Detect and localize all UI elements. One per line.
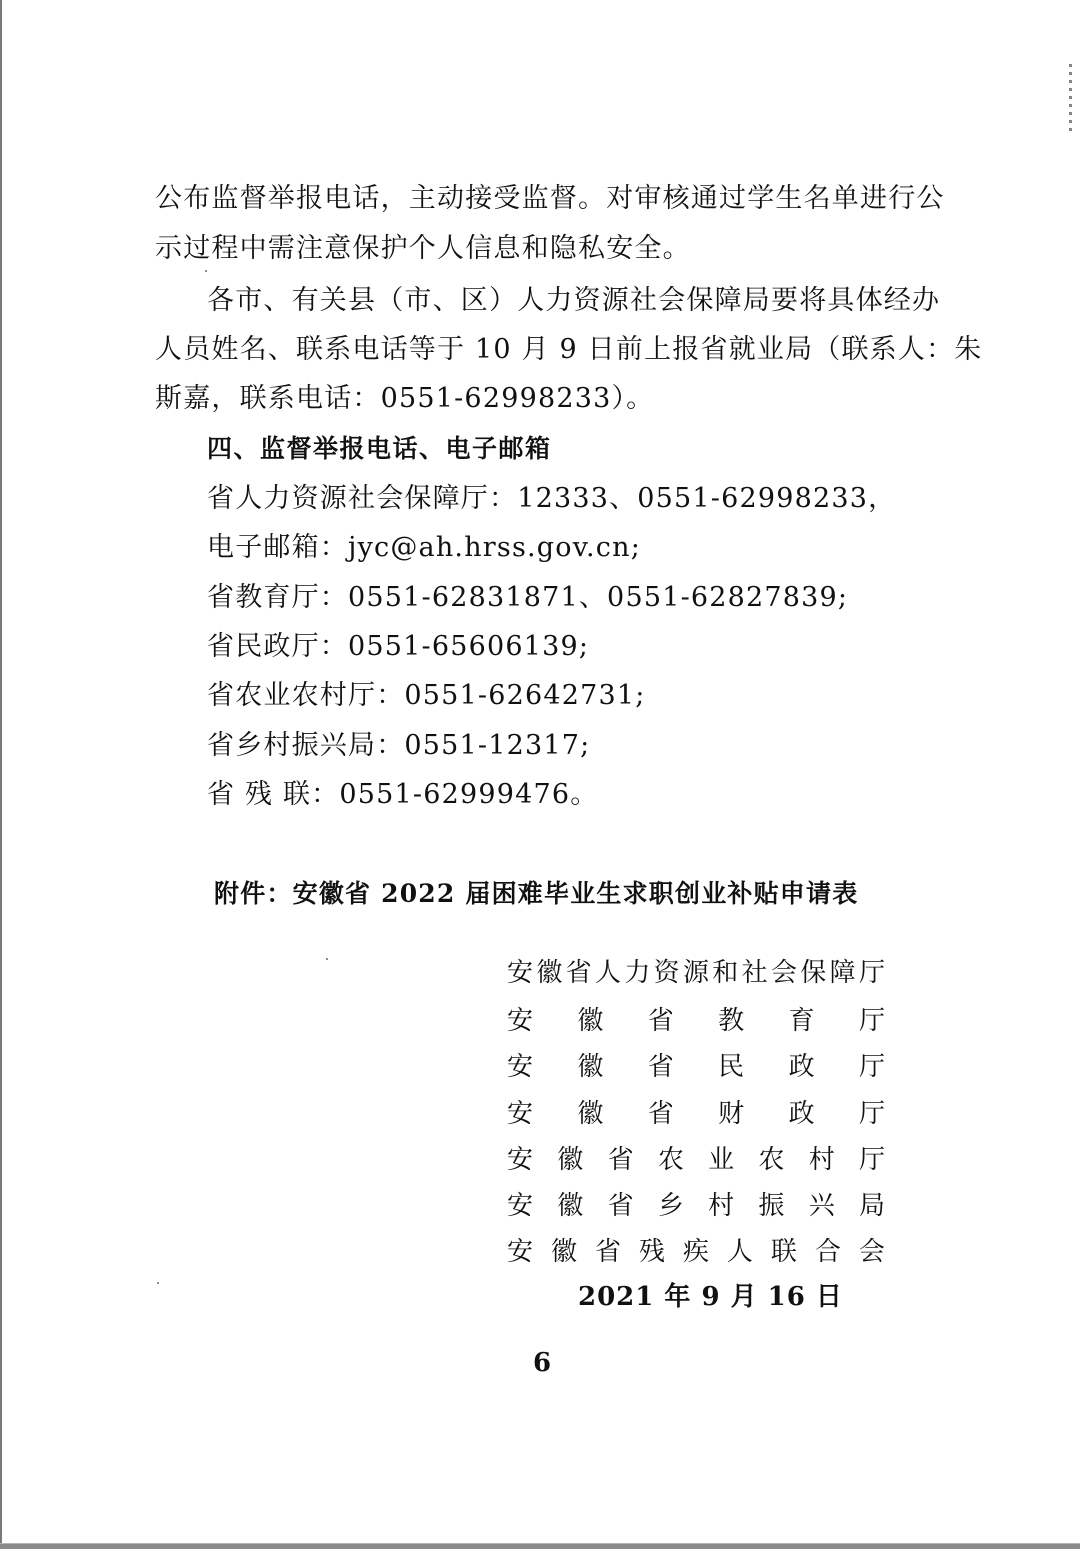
signatory-char: 疾: [683, 1234, 709, 1270]
viewer-bottom-strip: [0, 1543, 1080, 1549]
signatory-char: 障: [830, 955, 856, 991]
signatory-char: 农: [658, 1142, 684, 1178]
signatory-char: 安: [507, 1003, 533, 1039]
signatory-char: 保: [800, 955, 826, 991]
signatory-char: 省: [566, 955, 592, 991]
signatory-char: 安: [507, 1049, 533, 1085]
signatory-char: 资: [654, 955, 680, 991]
signatory-char: 会: [859, 1234, 885, 1270]
signatory-char: 安: [507, 955, 533, 991]
signatory-char: 村: [708, 1188, 734, 1224]
signatory-char: 徽: [577, 1049, 603, 1085]
signatory-char: 安: [507, 1096, 533, 1132]
signatory-char: 社: [742, 955, 768, 991]
scan-artifact-marks: [1069, 64, 1072, 134]
signatory-char: 乡: [658, 1188, 684, 1224]
signatory-char: 育: [789, 1003, 815, 1039]
signatory-char: 徽: [557, 1142, 583, 1178]
signatory-row: 安徽省财政厅: [507, 1096, 885, 1132]
signatory-char: 徽: [551, 1234, 577, 1270]
paragraph-1-line-1: 公布监督举报电话，主动接受监督。对审核通过学生名单进行公: [155, 181, 945, 217]
contact-disabled-federation: 省 残 联：0551-62999476。: [207, 777, 598, 813]
signatory-char: 安: [507, 1234, 533, 1270]
signatory-char: 政: [789, 1049, 815, 1085]
signatory-char: 徽: [536, 955, 562, 991]
signatory-char: 省: [608, 1142, 634, 1178]
signatory-char: 村: [809, 1142, 835, 1178]
signatory-row: 安徽省人力资源和社会保障厅: [507, 955, 885, 991]
signatory-row: 安徽省民政厅: [507, 1049, 885, 1085]
signatory-char: 省: [608, 1188, 634, 1224]
signatory-char: 人: [595, 955, 621, 991]
signatory-char: 振: [758, 1188, 784, 1224]
section-4-heading: 四、监督举报电话、电子邮箱: [207, 431, 552, 467]
signatory-char: 省: [595, 1234, 621, 1270]
paragraph-2-line-2: 人员姓名、联系电话等于 10 月 9 日前上报省就业局（联系人：朱: [155, 332, 982, 368]
signatory-char: 政: [789, 1096, 815, 1132]
signatory-char: 厅: [859, 1096, 885, 1132]
scan-speck: [326, 958, 328, 960]
signatory-char: 力: [624, 955, 650, 991]
signatory-row: 安徽省农业农村厅: [507, 1142, 885, 1178]
signatory-char: 农: [758, 1142, 784, 1178]
signatory-char: 源: [683, 955, 709, 991]
signing-date: 2021 年 9 月 16 日: [578, 1276, 843, 1313]
signatory-char: 厅: [859, 1142, 885, 1178]
signatory-char: 徽: [577, 1096, 603, 1132]
attachment-note: 附件：安徽省 2022 届困难毕业生求职创业补贴申请表: [214, 876, 858, 912]
signatory-char: 财: [718, 1096, 744, 1132]
signatory-row: 安徽省残疾人联合会: [507, 1234, 885, 1270]
signatory-row: 安徽省乡村振兴局: [507, 1188, 885, 1224]
signatory-char: 会: [771, 955, 797, 991]
paragraph-2-line-1: 各市、有关县（市、区）人力资源社会保障局要将具体经办: [207, 283, 940, 319]
contact-rural-revitalization: 省乡村振兴局：0551-12317;: [207, 728, 590, 764]
contact-civil-affairs: 省民政厅：0551-65606139;: [207, 629, 589, 665]
signatory-char: 联: [771, 1234, 797, 1270]
signatory-char: 厅: [859, 955, 885, 991]
signatory-char: 安: [507, 1188, 533, 1224]
signatory-char: 省: [648, 1049, 674, 1085]
signatory-char: 局: [859, 1188, 885, 1224]
signatory-char: 省: [648, 1003, 674, 1039]
contact-hrss: 省人力资源社会保障厅：12333、0551-62998233，: [207, 481, 896, 517]
signatory-char: 徽: [577, 1003, 603, 1039]
signatory-char: 教: [718, 1003, 744, 1039]
page-left-border: [0, 0, 2, 1544]
signatory-char: 省: [648, 1096, 674, 1132]
paragraph-2-line-3: 斯嘉，联系电话：0551-62998233）。: [155, 381, 654, 417]
paragraph-1-line-2: 示过程中需注意保护个人信息和隐私安全。: [155, 231, 691, 267]
contact-agriculture: 省农业农村厅：0551-62642731;: [207, 678, 646, 714]
signatory-char: 徽: [557, 1188, 583, 1224]
contact-email: 电子邮箱：jyc@ah.hrss.gov.cn;: [207, 530, 641, 566]
contact-education: 省教育厅：0551-62831871、0551-62827839;: [207, 580, 848, 616]
signatory-char: 业: [708, 1142, 734, 1178]
signatory-char: 安: [507, 1142, 533, 1178]
scan-speck: [157, 1282, 159, 1284]
page-number: 6: [533, 1348, 551, 1378]
scan-speck: [205, 270, 207, 272]
signatory-char: 兴: [809, 1188, 835, 1224]
signatory-char: 厅: [859, 1003, 885, 1039]
signatory-char: 残: [639, 1234, 665, 1270]
signatory-row: 安徽省教育厅: [507, 1003, 885, 1039]
signatory-char: 合: [815, 1234, 841, 1270]
signatory-char: 人: [727, 1234, 753, 1270]
signatory-char: 和: [712, 955, 738, 991]
signatory-char: 民: [718, 1049, 744, 1085]
signatory-char: 厅: [859, 1049, 885, 1085]
